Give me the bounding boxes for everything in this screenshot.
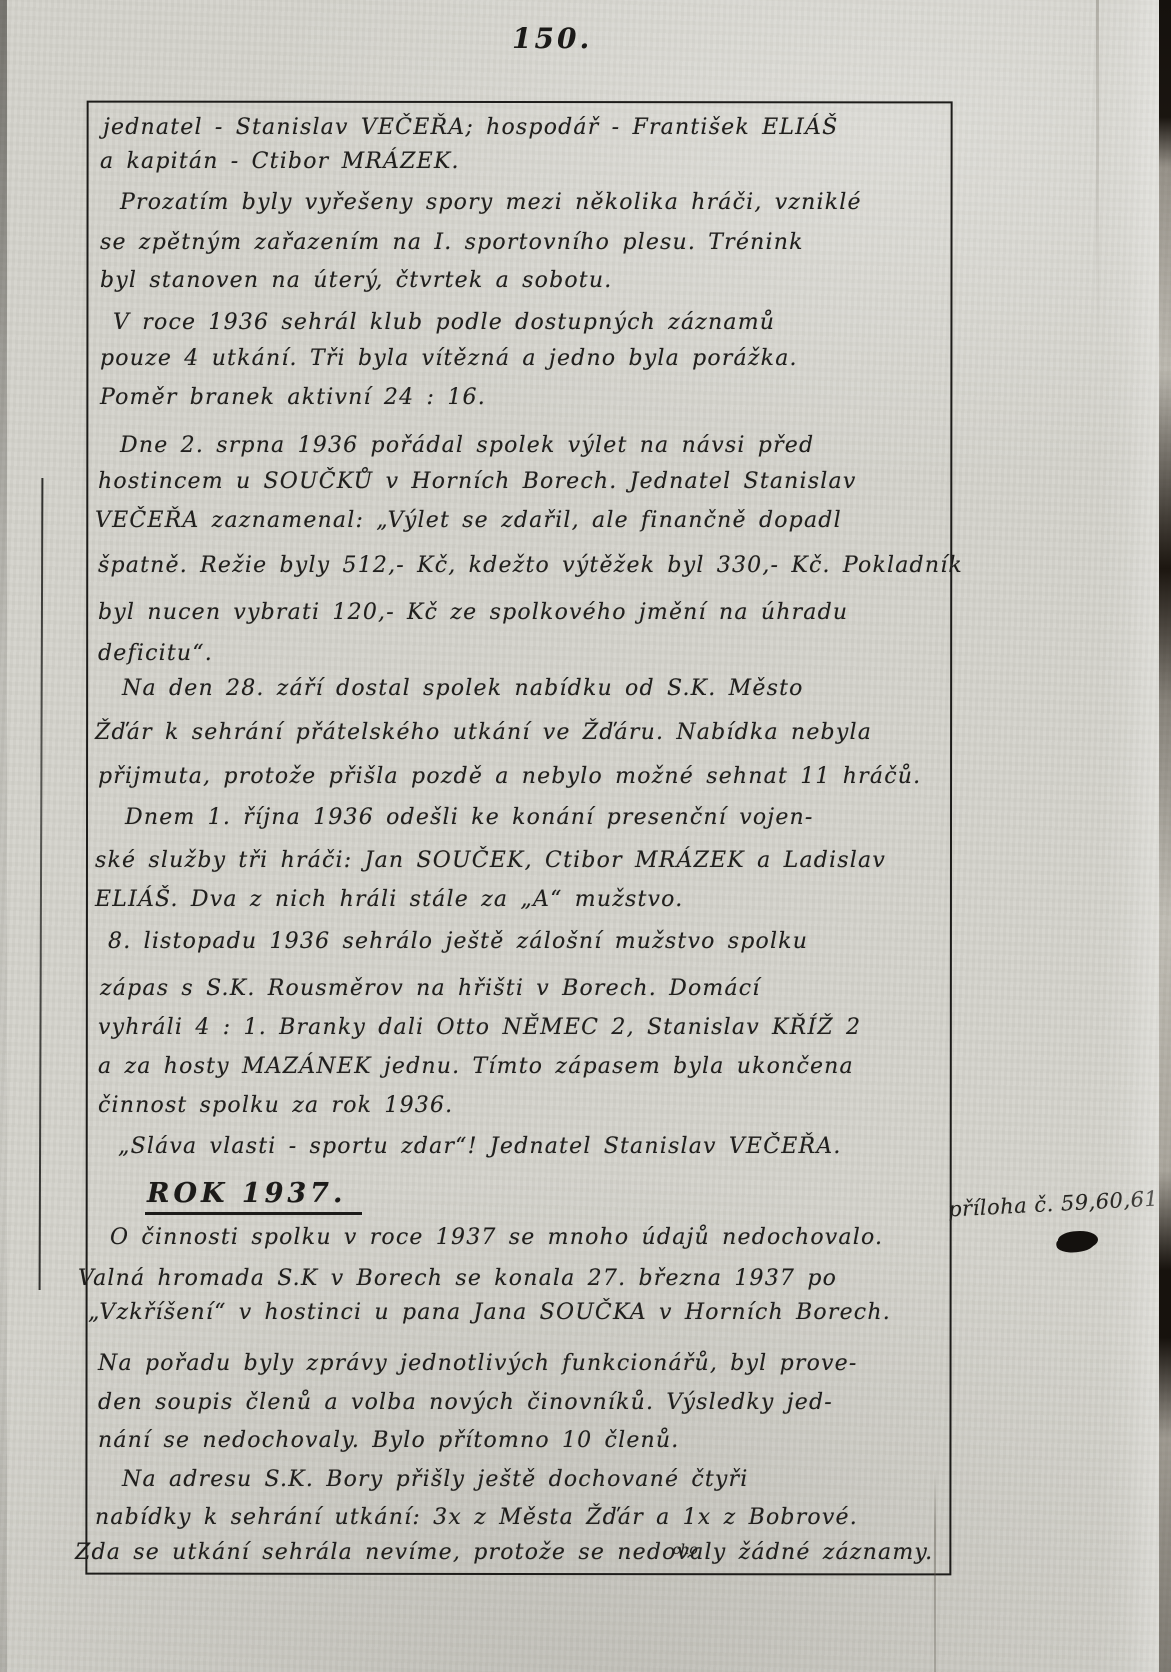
text-line: ské služby tři hráči: Jan SOUČEK, Ctibor… — [95, 848, 886, 873]
ink-blot — [1057, 1229, 1099, 1252]
text-line: byl stanoven na úterý, čtvrtek a sobotu. — [100, 268, 612, 293]
text-line: Prozatím byly vyřešeny spory mezi několi… — [120, 190, 862, 215]
insertion-caret-mark: ⌃ — [685, 1553, 697, 1568]
photo-right-edge-shadow — [1159, 0, 1171, 1672]
year-1937-heading: ROK 1937. — [145, 1178, 362, 1215]
text-line: V roce 1936 sehrál klub podle dostupných… — [113, 310, 775, 335]
text-line: vyhráli 4 : 1. Branky dali Otto NĚMEC 2,… — [98, 1015, 861, 1040]
text-line: zápas s S.K. Rousměrov na hřišti v Borec… — [100, 976, 761, 1001]
text-line: Žďár k sehrání přátelského utkání ve Žďá… — [95, 720, 872, 745]
paper-torn-edge-highlight — [1101, 0, 1159, 1672]
text-line: ELIÁŠ. Dva z nich hráli stále za „A“ muž… — [95, 887, 683, 912]
text-line: pouze 4 utkání. Tři byla vítězná a jedno… — [100, 346, 798, 371]
text-line: Na adresu S.K. Bory přišly ještě dochova… — [122, 1467, 749, 1492]
text-line: „Sláva vlasti - sportu zdar“! Jednatel S… — [118, 1134, 842, 1159]
text-line: Dnem 1. října 1936 odešli ke konání pres… — [125, 805, 814, 830]
text-line: Poměr branek aktivní 24 : 16. — [100, 385, 486, 410]
left-margin-rule-line — [39, 478, 44, 1290]
text-line: hostincem u SOUČKŮ v Horních Borech. Jed… — [98, 469, 856, 494]
text-line: 8. listopadu 1936 sehrálo ještě zálošní … — [108, 929, 808, 954]
text-line: nání se nedochovaly. Bylo přítomno 10 čl… — [98, 1428, 679, 1453]
text-line: VEČEŘA zaznamenal: „Výlet se zdařil, ale… — [95, 508, 842, 533]
text-line: byl nucen vybrati 120,- Kč ze spolkového… — [98, 600, 848, 625]
text-line: jednatel - Stanislav VEČEŘA; hospodář - … — [103, 115, 838, 140]
page-number: 150. — [512, 22, 592, 55]
paper-crease — [934, 1470, 936, 1672]
scanned-chronicle-page: 150. jednatel - Stanislav VEČEŘA; hospod… — [0, 0, 1171, 1672]
photo-left-edge-shadow — [0, 0, 7, 1672]
text-line: Na den 28. září dostal spolek nabídku od… — [122, 676, 804, 701]
text-line: „Vzkříšení“ v hostinci u pana Jana SOUČK… — [88, 1300, 891, 1325]
text-line: nabídky k sehrání utkání: 3x z Města Žďá… — [95, 1505, 858, 1530]
text-line: se zpětným zařazením na I. sportovního p… — [100, 230, 804, 255]
text-line: činnost spolku za rok 1936. — [98, 1093, 453, 1118]
text-line: přijmuta, protože přišla pozdě a nebylo … — [98, 764, 921, 789]
last-text-line-with-insertion: Zda se utkání sehrála nevíme, protože se… — [75, 1540, 933, 1565]
last-line-post: valy žádné záznamy. — [677, 1540, 934, 1565]
text-line: a za hosty MAZÁNEK jednu. Tímto zápasem … — [98, 1054, 854, 1079]
text-line: den soupis členů a volba nových činovník… — [98, 1390, 833, 1415]
text-line: a kapitán - Ctibor MRÁZEK. — [100, 149, 460, 174]
text-line: špatně. Režie byly 512,- Kč, kdežto výtě… — [98, 553, 963, 578]
text-line: deficitu“. — [98, 641, 213, 666]
text-line: Na pořadu byly zprávy jednotlivých funkc… — [98, 1351, 858, 1376]
last-line-pre: Zda se utkání sehrála nevíme, protože se… — [75, 1540, 677, 1565]
text-line: O činnosti spolku v roce 1937 se mnoho ú… — [110, 1225, 883, 1250]
text-line: Valná hromada S.K v Borech se konala 27.… — [78, 1266, 837, 1291]
text-line: Dne 2. srpna 1936 pořádal spolek výlet n… — [120, 433, 814, 458]
paper-deckle-crease — [1096, 0, 1099, 340]
